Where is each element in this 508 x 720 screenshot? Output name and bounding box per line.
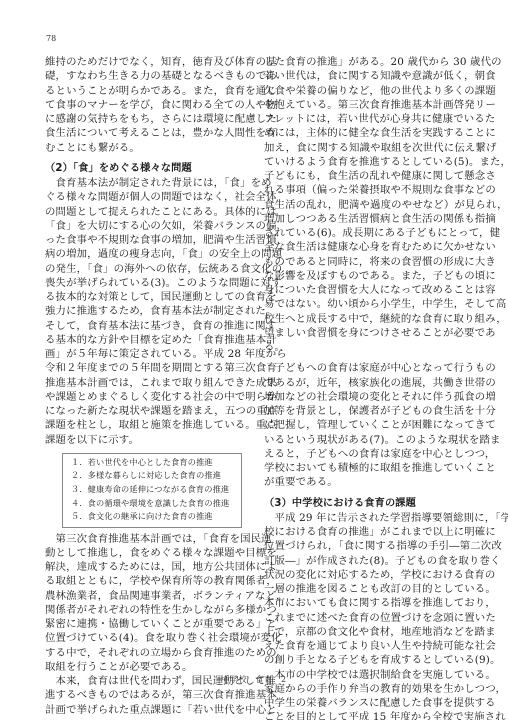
text-line: 状況の変化に対応するため，学校における食育の xyxy=(264,568,465,582)
text-line: な影響を及ぼすものである。また，子どもの頃に xyxy=(264,269,465,283)
text-line: ぐる様々な問題が個人の問題ではなく，社会全体 xyxy=(45,190,246,204)
paragraph-family-role: 子どもへの食育は家庭が中心となって行うものであるが，近年，核家族化の進展，共働き… xyxy=(264,361,465,489)
text-line: 第三次食育推進基本計画では，「食育を国民運 xyxy=(45,532,246,546)
text-line: 校生へと成長する中で，継続的な食育に取り組み， xyxy=(264,312,465,326)
text-line: 維持のためだけでなく，知育，徳育及び体育の基 xyxy=(45,55,246,69)
text-line: 課題を以下に示す。 xyxy=(45,433,246,447)
text-line: 本市においても食に関する指導を推進しており， xyxy=(264,596,465,610)
text-line: 画」が５年毎に策定されている。平成 28 年度から xyxy=(45,347,246,361)
text-line: 望ましい食習慣を身につけさせることが必要であ xyxy=(264,326,465,340)
priority-item: ４．食の循環や環境を意識した食育の推進 xyxy=(71,497,241,511)
text-line: 若い世代は，食に関する知識や意識が低く，朝食 xyxy=(264,69,465,83)
text-line: フレットには，若い世代が心身共に健康でいるた xyxy=(264,112,465,126)
text-line: や課題とめまぐるしく変化する社会の中で明らか xyxy=(45,390,246,404)
text-line: する中で，それぞれの立場から食育推進のための xyxy=(45,646,246,660)
text-line: 喪失が挙げられている(3)。このような問題に対す xyxy=(45,276,246,290)
text-line: されている(6)。成長期にある子どもにとって，健 xyxy=(264,226,465,240)
text-line: 強力に推進するため，食育基本法が制定された。 xyxy=(45,304,246,318)
text-line: に把握し，管理していくことが困難になってきて xyxy=(264,418,465,432)
text-line: 子どもへの食育は家庭が中心となって行うもの xyxy=(264,361,465,375)
text-line: 加等を背景とし，保護者が子どもの食生活を十分 xyxy=(264,404,465,418)
section-heading-2: （2）「食」をめぐる様々な問題 xyxy=(45,162,246,176)
text-line: 増加などの社会環境の変化とそれに伴う孤食の増 xyxy=(264,390,465,404)
text-line: る取組とともに，学校や保育所等の教育関係者， xyxy=(45,574,246,588)
text-line: そして，食育基本法に基づき，食育の推進に関す xyxy=(45,319,246,333)
section-heading-3: （3）中学校における食育の課題 xyxy=(264,497,465,511)
text-line: るということが明らかである。また，食育を通し xyxy=(45,84,246,98)
text-line: 易ではない。幼い頃から小学生，中学生，そして高 xyxy=(264,297,465,311)
text-line: を抱えている。第三次食育推進基本計画啓発リー xyxy=(264,98,465,112)
text-line: 中学生の栄養バランスに配慮した食事を提供する xyxy=(264,696,465,710)
text-line: の問題として捉えられたことにある。具体的には xyxy=(45,205,246,219)
text-line: 学校においても積極的に取組を推進していくこと xyxy=(264,461,465,475)
text-line: る基本的な方針や目標を定めた「食育推進基本計 xyxy=(45,333,246,347)
text-line: 食育基本法が制定された背景には，「食」をめ xyxy=(45,176,246,190)
paragraph-food-issues: 食育基本法が制定された背景には，「食」をめぐる様々な問題が個人の問題ではなく，社… xyxy=(45,176,246,447)
text-line: 課題を柱とし，取組と施策を推進している。重点 xyxy=(45,418,246,432)
text-line: ていけるよう食育を推進するとしている(5)。また， xyxy=(264,155,465,169)
text-line: 平成 29 年に告示された学習指導要領総則に，「学 xyxy=(264,511,465,525)
paragraph-intro: 維持のためだけでなく，知育，徳育及び体育の基礎，すなわち生きる力の基礎となるべき… xyxy=(45,55,246,155)
priority-issues-box: １．若い世代を中心とした食育の推進２．多様な暮らしに対応した食育の推進３．健康寿… xyxy=(62,453,242,528)
text-line: が重要である。 xyxy=(264,475,465,489)
text-line: 令和２年度までの５年間を期間とする第三次食育 xyxy=(45,361,246,375)
text-line: むことにも繋がる。 xyxy=(45,141,246,155)
paragraph-third-plan: 第三次食育推進基本計画では，「食育を国民運動として推進し，食をめぐる様々な課題や… xyxy=(45,532,246,717)
text-line: した食育の推進」がある。20 歳代から 30 歳代の xyxy=(264,55,465,69)
text-line: 病の増加，過度の痩身志向，「食」の安全上の問題 xyxy=(45,247,246,261)
text-line: 上で，京都の食文化や食材，地産地消などを踏ま xyxy=(264,625,465,639)
text-line: 全な食生活は健康な心身を育むために欠かせない xyxy=(264,240,465,254)
text-line: 身についた食習慣を大人になって改めることは容 xyxy=(264,283,465,297)
text-line: 欠食や栄養の偏りなど，他の世代より多くの課題 xyxy=(264,84,465,98)
text-line: えると，子どもへの食育は家庭を中心としつつ， xyxy=(264,447,465,461)
priority-item: ３．健康寿命の延伸につながる食育の推進 xyxy=(71,483,241,497)
text-line: 訂版―」が作成された(8)。子どもの食を取り巻く xyxy=(264,554,465,568)
text-line: 「食」を大切にする心の欠如，栄養バランスの偏 xyxy=(45,219,246,233)
text-line: 計画で挙げられた重点課題に「若い世代を中心と xyxy=(45,703,246,717)
text-line: 関係者がそれぞれの特性を生かしながら多様かつ xyxy=(45,603,246,617)
text-line: 解決，達成するためには，国，地方公共団体によ xyxy=(45,560,246,574)
text-line: 緊密に連携・協働していくことが重要である」と xyxy=(45,617,246,631)
text-line: 校における食育の推進」がこれまで以上に明確に xyxy=(264,525,465,539)
text-line: になった新たな現状や課題を踏まえ，五つの重点 xyxy=(45,404,246,418)
text-line: 食生活の乱れ，肥満や過度のやせなど）が見られ， xyxy=(264,198,465,212)
paragraph-young-generation: した食育の推進」がある。20 歳代から 30 歳代の若い世代は，食に関する知識や… xyxy=(264,55,465,354)
text-line: れる事項（偏った栄養摂取や不規則な食事などの xyxy=(264,183,465,197)
text-line: 動として推進し，食をめぐる様々な課題や目標を xyxy=(45,546,246,560)
priority-item: １．若い世代を中心とした食育の推進 xyxy=(71,456,241,470)
text-line: 位置づけられ，「食に関する指導の手引―第二次改 xyxy=(264,539,465,553)
text-line: 食生活について考えることは，豊かな人間性を育 xyxy=(45,126,246,140)
text-line: の創り手となる子どもを育成するとしている(9)。 xyxy=(264,653,465,667)
text-line: の発生，「食」の海外への依存，伝統ある食文化の xyxy=(45,262,246,276)
text-line: 進するべきものではあるが，第三次食育推進基本 xyxy=(45,688,246,702)
text-line: る抜本的な対策として，国民運動としての食育を xyxy=(45,290,246,304)
text-line: 取組を行うことが必要である。 xyxy=(45,660,246,674)
text-line: 位置づけている(4)。食を取り巻く社会環境が変化 xyxy=(45,631,246,645)
paragraph-junior-high: 平成 29 年に告示された学習指導要領総則に，「学校における食育の推進」がこれま… xyxy=(264,511,465,720)
priority-item: ５．食文化の継承に向けた食育の推進 xyxy=(71,510,241,524)
text-line: これまでに述べた食育の位置づけを念頭に置いた xyxy=(264,611,465,625)
text-line: 推進基本計画では，これまで取り組んできた成果 xyxy=(45,376,246,390)
text-line: 農林漁業者，食品関連事業者，ボランティアなど， xyxy=(45,589,246,603)
text-line: に感謝の気持ちをもち，さらには環境に配慮した xyxy=(45,112,246,126)
text-line: ことを目的として平成 15 年度から全校で実施され xyxy=(264,710,465,720)
page-footer: 中学校 食育 2 xyxy=(0,674,508,685)
left-column: 維持のためだけでなく，知育，徳育及び体育の基礎，すなわち生きる力の基礎となるべき… xyxy=(45,55,246,717)
text-line: った食事や不規則な食事の増加，肥満や生活習慣 xyxy=(45,233,246,247)
text-line: 増加しつつある生活習慣病と食生活の関係も指摘 xyxy=(264,212,465,226)
text-line: いるという現状がある(7)。このような現状を踏ま xyxy=(264,433,465,447)
text-line: 加え，食に関する知識や取組を次世代に伝え繋げ xyxy=(264,141,465,155)
text-line: めには，主体的に健全な食生活を実践することに xyxy=(264,126,465,140)
text-line: であるが，近年，核家族化の進展，共働き世帯の xyxy=(264,376,465,390)
text-line: て食事のマナーを学び，食に関わる全ての人や物 xyxy=(45,98,246,112)
text-line: 一層の推進を図ることも改訂の目的としている。 xyxy=(264,582,465,596)
text-line: ものであると同時に，将来の食習慣の形成に大き xyxy=(264,255,465,269)
text-line: えた食育を通じてより良い人生や持続可能な社会 xyxy=(264,639,465,653)
priority-item: ２．多様な暮らしに対応した食育の推進 xyxy=(71,469,241,483)
text-line: 子どもにも，食生活の乱れや健康に関して懸念さ xyxy=(264,169,465,183)
right-column: した食育の推進」がある。20 歳代から 30 歳代の若い世代は，食に関する知識や… xyxy=(264,55,465,720)
text-line: る。 xyxy=(264,340,465,354)
page-number: 78 xyxy=(46,34,56,43)
text-line: 礎，すなわち生きる力の基礎となるべきものであ xyxy=(45,69,246,83)
